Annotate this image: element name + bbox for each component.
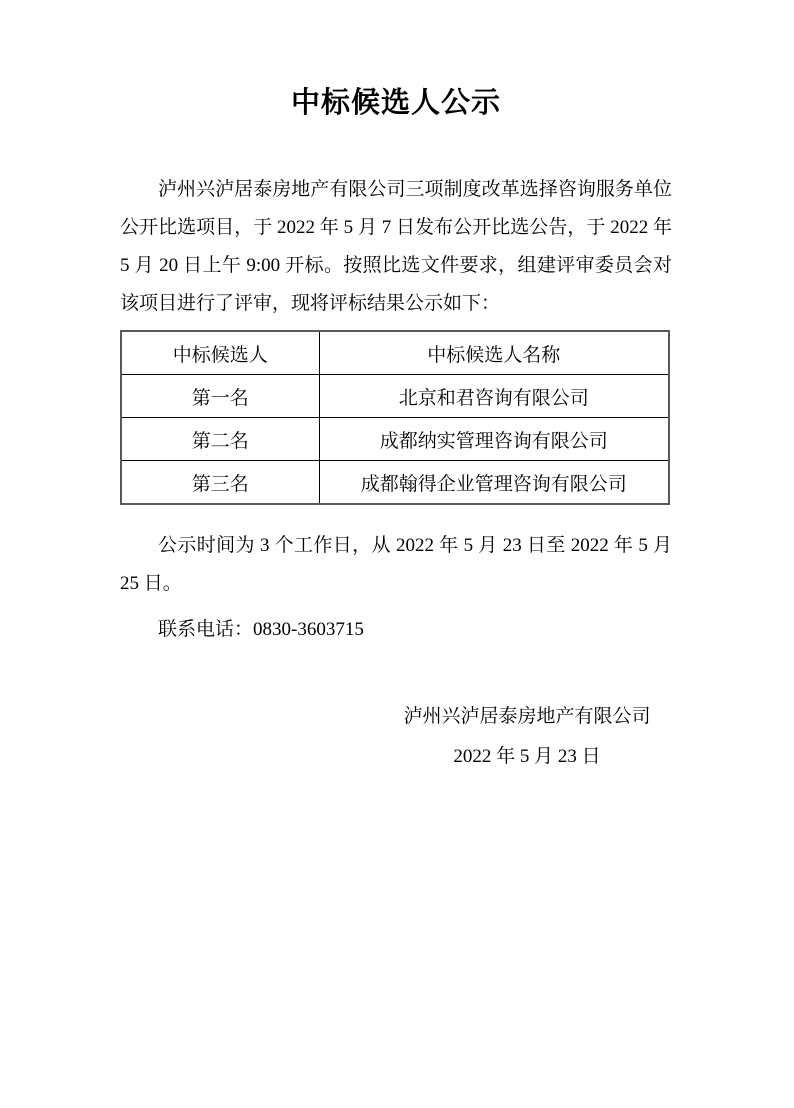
table-row: 第二名 成都纳实管理咨询有限公司 bbox=[121, 418, 669, 461]
rank-cell: 第三名 bbox=[121, 461, 319, 505]
rank-cell: 第二名 bbox=[121, 418, 319, 461]
intro-paragraph: 泸州兴泸居泰房地产有限公司三项制度改革选择咨询服务单位公开比选项目，于 2022… bbox=[120, 171, 672, 323]
name-cell: 北京和君咨询有限公司 bbox=[319, 375, 669, 418]
signature-block: 泸州兴泸居泰房地产有限公司 2022 年 5 月 23 日 bbox=[382, 697, 672, 777]
table-header-row: 中标候选人 中标候选人名称 bbox=[121, 331, 669, 375]
name-cell: 成都翰得企业管理咨询有限公司 bbox=[319, 461, 669, 505]
table-header-rank: 中标候选人 bbox=[121, 331, 319, 375]
signature-date: 2022 年 5 月 23 日 bbox=[382, 737, 672, 777]
name-cell: 成都纳实管理咨询有限公司 bbox=[319, 418, 669, 461]
table-header-name: 中标候选人名称 bbox=[319, 331, 669, 375]
candidates-table: 中标候选人 中标候选人名称 第一名 北京和君咨询有限公司 第二名 成都纳实管理咨… bbox=[120, 330, 670, 505]
rank-cell: 第一名 bbox=[121, 375, 319, 418]
table-row: 第一名 北京和君咨询有限公司 bbox=[121, 375, 669, 418]
document-title: 中标候选人公示 bbox=[120, 85, 672, 121]
publicity-period-paragraph: 公示时间为 3 个工作日，从 2022 年 5 月 23 日至 2022 年 5… bbox=[120, 527, 672, 603]
table-row: 第三名 成都翰得企业管理咨询有限公司 bbox=[121, 461, 669, 505]
document-page: 中标候选人公示 泸州兴泸居泰房地产有限公司三项制度改革选择咨询服务单位公开比选项… bbox=[0, 0, 794, 1108]
signature-company: 泸州兴泸居泰房地产有限公司 bbox=[382, 697, 672, 737]
contact-phone-paragraph: 联系电话：0830-3603715 bbox=[120, 611, 672, 649]
